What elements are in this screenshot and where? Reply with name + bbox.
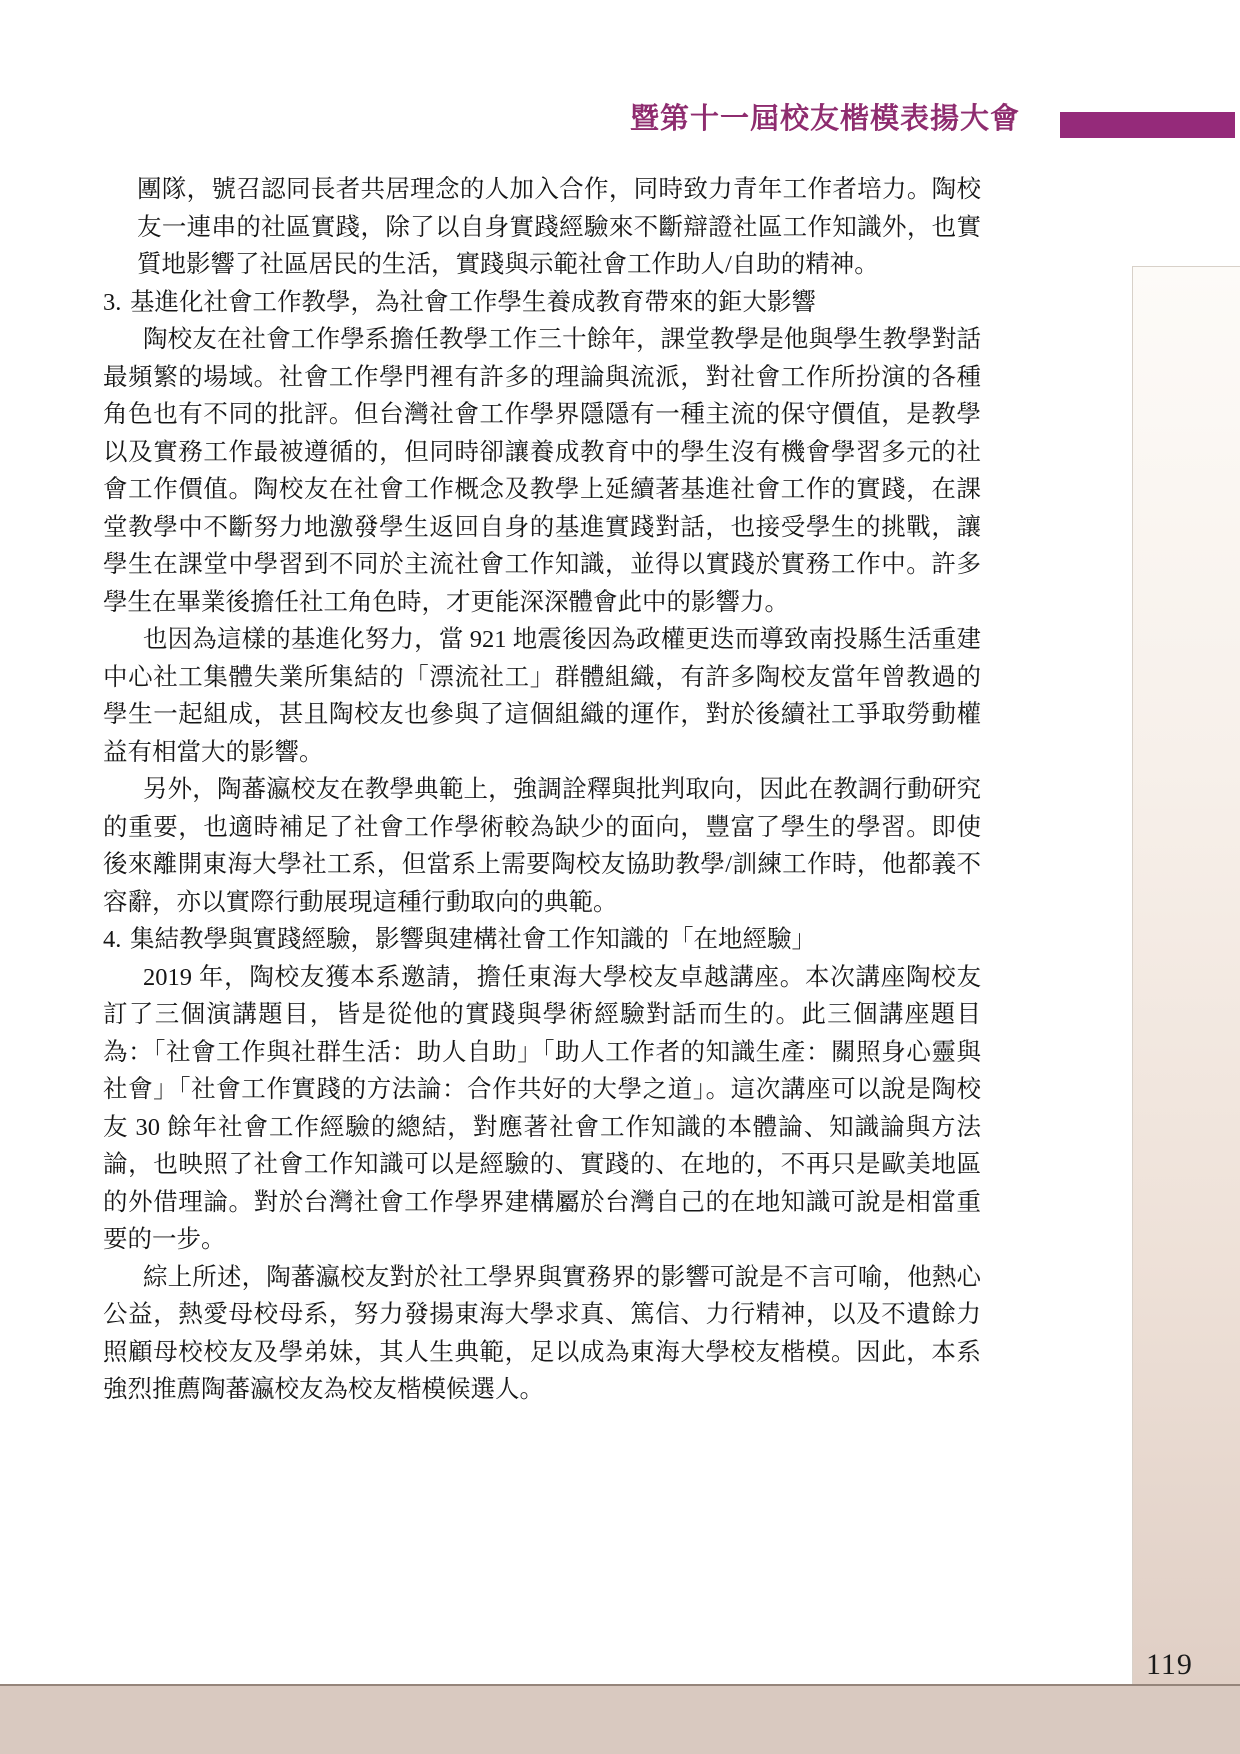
side-gradient-panel (1132, 266, 1240, 1684)
page-body: 團隊，號召認同長者共居理念的人加入合作，同時致力青年工作者培力。陶校友一連串的社… (103, 171, 981, 1409)
paragraph: 另外，陶蕃瀛校友在教學典範上，強調詮釋與批判取向，因此在教調行動研究的重要，也適… (103, 771, 981, 921)
page-number: 119 (1146, 1648, 1193, 1682)
paragraph: 綜上所述，陶蕃瀛校友對於社工學界與實務界的影響可說是不言可喻，他熱心公益，熱愛母… (103, 1259, 981, 1409)
section-heading-text: 基進化社會工作教學，為社會工作學生養成教育帶來的鉅大影響 (130, 284, 981, 322)
section-number: 3. (103, 284, 130, 322)
paragraph-continuation: 團隊，號召認同長者共居理念的人加入合作，同時致力青年工作者培力。陶校友一連串的社… (137, 171, 981, 284)
paragraph: 也因為這樣的基進化努力，當 921 地震後因為政權更迭而導致南投縣生活重建中心社… (103, 621, 981, 771)
section-heading-3: 3. 基進化社會工作教學，為社會工作學生養成教育帶來的鉅大影響 (103, 284, 981, 322)
section-number: 4. (103, 921, 130, 959)
paragraph: 2019 年，陶校友獲本系邀請，擔任東海大學校友卓越講座。本次講座陶校友訂了三個… (103, 959, 981, 1259)
section-heading-text: 集結教學與實踐經驗，影響與建構社會工作知識的「在地經驗」 (130, 921, 981, 959)
footer-band (0, 1684, 1240, 1754)
section-heading-4: 4. 集結教學與實踐經驗，影響與建構社會工作知識的「在地經驗」 (103, 921, 981, 959)
document-page: 暨第十一屆校友楷模表揚大會 團隊，號召認同長者共居理念的人加入合作，同時致力青年… (0, 0, 1240, 1754)
page-header-title: 暨第十一屆校友楷模表揚大會 (630, 96, 1020, 137)
header-accent-bar (1060, 112, 1235, 138)
paragraph: 陶校友在社會工作學系擔任教學工作三十餘年，課堂教學是他與學生教學對話最頻繁的場域… (103, 321, 981, 621)
